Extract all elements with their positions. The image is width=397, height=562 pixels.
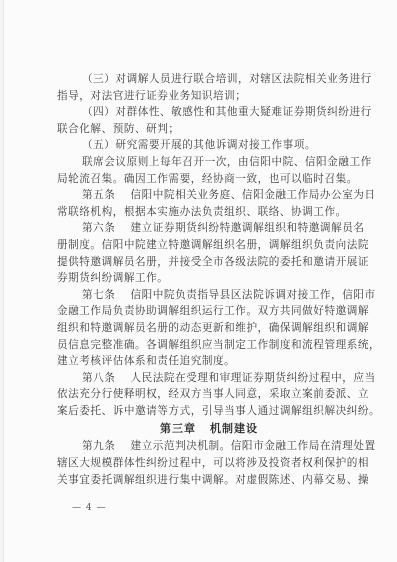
text-line: 建立考核评估体系和责任追究制度。 — [57, 353, 361, 370]
text-line: 第八条 人民法院在受理和审理证券期货纠纷过程中，应当 — [57, 370, 361, 387]
text-line: 员信息完整准确。各调解组织应当制定工作制度和流程管理系统， — [57, 337, 361, 354]
chapter-title: 机制建设 — [210, 422, 258, 435]
text-line: 案后委托、诉中邀请等方式，引导当事人通过调解组织解决纠纷。 — [57, 403, 361, 420]
text-line: 联席会议原则上每年召开一次，由信阳中院、信阳金融工作 — [57, 154, 361, 171]
chapter-heading: 第三章机制建设 — [57, 420, 361, 438]
text-line: 辖区大规模群体性纠纷过程中，可以将涉及投资者权利保护的相 — [57, 455, 361, 472]
paragraph-block: 第九条 建立示范判决机制。信阳市金融工作局在清理处置辖区大规模群体性纠纷过程中，… — [57, 438, 361, 488]
text-line: （四）对群体性、敏感性和其他重大疑难证券期货纠纷进行 — [57, 104, 361, 121]
text-line: 常联络机构，根据本实施办法负责组织、联络、协调工作。 — [57, 204, 361, 221]
document-page: （三）对调解人员进行联合培训，对辖区法院相关业务进行指导，对法官进行证券业务知识… — [3, 0, 397, 562]
text-line: 第五条 信阳中院相关业务庭、信阳金融工作局办公室为日 — [57, 187, 361, 204]
text-line: 指导，对法官进行证券业务知识培训； — [57, 88, 361, 105]
text-line: 金融工作局负责协助调解组织运行工作。双方共同做好特邀调解 — [57, 303, 361, 320]
document-body: （三）对调解人员进行联合培训，对辖区法院相关业务进行指导，对法官进行证券业务知识… — [57, 71, 361, 488]
text-line: 提供特邀调解员名册，并接受全市各级法院的委托和邀请开展证 — [57, 254, 361, 271]
chapter-number: 第三章 — [160, 422, 196, 435]
text-line: 关事宜委托调解组织进行集中调解。对虚假陈述、内幕交易、操 — [57, 472, 361, 489]
text-line: 册制度。信阳中院建立特邀调解组织名册，调解组织负责向法院 — [57, 237, 361, 254]
text-line: 组织和特邀调解员名册的动态更新和维护，确保调解组织和调解 — [57, 320, 361, 337]
text-line: 第六条 建立证券期货纠纷特邀调解组织和特邀调解员名 — [57, 220, 361, 237]
text-line: 券期货纠纷调解工作。 — [57, 270, 361, 287]
text-line: （五）研究需要开展的其他诉调对接工作事项。 — [57, 137, 361, 154]
text-line: 局轮流召集。确因工作需要，经协商一致，也可以临时召集。 — [57, 171, 361, 188]
text-line: 依法充分行使释明权，经双方当事人同意，采取立案前委派、立 — [57, 386, 361, 403]
text-line: 第九条 建立示范判决机制。信阳市金融工作局在清理处置 — [57, 438, 361, 455]
paragraph-block: （三）对调解人员进行联合培训，对辖区法院相关业务进行指导，对法官进行证券业务知识… — [57, 71, 361, 419]
text-line: 联合化解、预防、研判； — [57, 121, 361, 138]
text-line: （三）对调解人员进行联合培训，对辖区法院相关业务进行 — [57, 71, 361, 88]
page-number: — 4 — — [72, 503, 106, 513]
text-line: 第七条 信阳中院负责指导县区法院诉调对接工作，信阳市 — [57, 287, 361, 304]
